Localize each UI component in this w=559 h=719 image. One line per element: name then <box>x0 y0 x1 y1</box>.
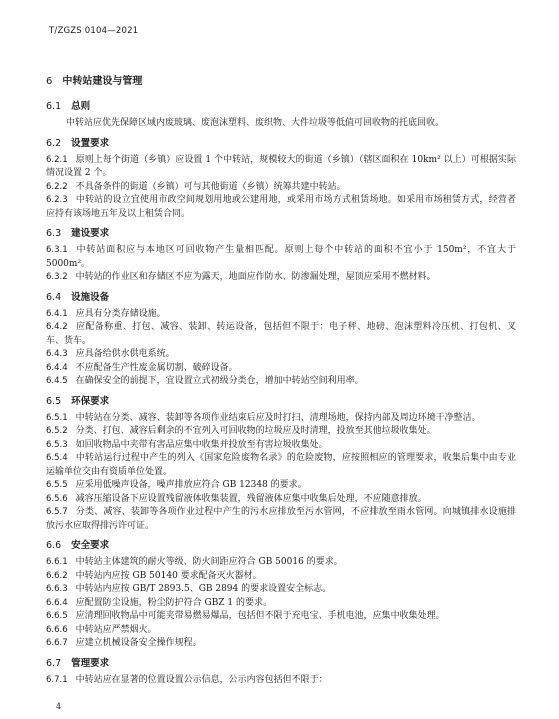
clause-text: 原则上每个街道（乡镇）应设置 1 个中转站，规模较大的街道（乡镇）（辖区面积在 … <box>46 155 516 179</box>
clause: 6.5.6减容压缩设备下应设置残留液体收集装置，残留液体应集中收集后处理，不应随… <box>46 493 516 507</box>
clause-text: 应配备称重、打包、减容、装卸、转运设备，包括但不限于：电子秤、地磅、泡沫塑料冷压… <box>46 322 516 346</box>
clause-number: 6.6.4 <box>46 597 68 611</box>
clause: 6.6.7应建立机械设备安全操作规程。 <box>46 637 516 651</box>
clause: 6.5.2分类、打包、减容后剩余的不宜列入可回收物的垃圾应及时清理，投放至其他垃… <box>46 425 516 439</box>
section-title: 环保要求 <box>71 396 109 407</box>
clause-number: 6.5.6 <box>46 493 68 507</box>
clause: 6.5.5应采用低噪声设备，噪声排放应符合 GB 12348 的要求。 <box>46 479 516 493</box>
clause: 6.2.2不具备条件的街道（乡镇）可与其他街道（乡镇）统筹共建中转站。 <box>46 181 516 195</box>
clause-number: 6.6.3 <box>46 583 68 597</box>
chapter-title: 中转站建设与管理 <box>62 76 142 87</box>
section-heading: 6.1总则 <box>46 100 516 114</box>
clause: 6.4.4不应配备生产性废金属切割、破碎设备。 <box>46 362 516 376</box>
clause: 6.6.1中转站主体建筑的耐火等级、防火间距应符合 GB 50016 的要求。 <box>46 556 516 570</box>
clause-number: 6.6.5 <box>46 610 68 624</box>
page-number: 4 <box>56 702 61 711</box>
clause-number: 6.2.2 <box>46 181 68 195</box>
section-number: 6.4 <box>46 291 61 305</box>
clause-text: 应清理回收物品中可能夹带易燃易爆品，包括但不限于充电宝、手机电池，应集中收集处理… <box>76 611 445 621</box>
section-heading: 6.6安全要求 <box>46 539 516 553</box>
clause-text: 中转站在分类、减容、装卸等各项作业结束后应及时打扫、清理场地，保持内部及周边环境… <box>76 413 481 423</box>
standard-code: T/ZGZS 0104—2021 <box>49 26 138 36</box>
clause-number: 6.7.1 <box>46 674 68 688</box>
clause-text: 应配置防尘设施，粉尘防护符合 GBZ 1 的要求。 <box>76 598 272 608</box>
clause-text: 中转站应在显著的位置设置公示信息，公示内容包括但不限于： <box>76 675 328 685</box>
clause: 6.2.1原则上每个街道（乡镇）应设置 1 个中转站，规模较大的街道（乡镇）（辖… <box>46 154 516 181</box>
clause-number: 6.2.3 <box>46 194 68 208</box>
clause-number: 6.4.2 <box>46 321 68 335</box>
clause-text: 分类、减容、装卸等各项作业过程中产生的污水应排放至污水管网，不应排放至雨水管网。… <box>46 507 516 531</box>
clause-number: 6.6.7 <box>46 637 68 651</box>
section-title: 设施设备 <box>71 292 109 303</box>
clause: 6.5.1中转站在分类、减容、装卸等各项作业结束后应及时打扫、清理场地，保持内部… <box>46 412 516 426</box>
section-title: 总则 <box>71 101 90 112</box>
clause-number: 6.5.3 <box>46 439 68 453</box>
chapter-number: 6 <box>46 75 52 89</box>
section-heading: 6.2设置要求 <box>46 137 516 151</box>
chapter-heading: 6中转站建设与管理 <box>46 75 516 89</box>
clause-number: 6.5.5 <box>46 479 68 493</box>
section-heading: 6.3建设要求 <box>46 227 516 241</box>
clause-number: 6.3.1 <box>46 244 68 258</box>
section-number: 6.6 <box>46 539 61 553</box>
clause: 6.5.3如回收物品中夹带有害品应集中收集并投放至有害垃圾收集处。 <box>46 439 516 453</box>
clause: 6.7.1中转站应在显著的位置设置公示信息，公示内容包括但不限于： <box>46 674 516 688</box>
clause-text: 中转站的设立宜使用市政空间规划用地或公建用地，或采用市场方式租赁场地。如采用市场… <box>46 195 516 219</box>
clause-text: 应建立机械设备安全操作规程。 <box>76 638 202 648</box>
clause-text: 中转站主体建筑的耐火等级、防火间距应符合 GB 50016 的要求。 <box>76 557 343 567</box>
clause-text: 如回收物品中夹带有害品应集中收集并投放至有害垃圾收集处。 <box>76 440 328 450</box>
clause-number: 6.4.5 <box>46 375 68 389</box>
clause: 6.6.4应配置防尘设施，粉尘防护符合 GBZ 1 的要求。 <box>46 597 516 611</box>
section-title: 安全要求 <box>71 540 109 551</box>
clause-text: 中转站应严禁烟火。 <box>76 625 157 635</box>
clause: 6.6.6中转站应严禁烟火。 <box>46 624 516 638</box>
clause-text: 不具备条件的街道（乡镇）可与其他街道（乡镇）统筹共建中转站。 <box>76 182 346 192</box>
clause: 6.4.2应配备称重、打包、减容、装卸、转运设备，包括但不限于：电子秤、地磅、泡… <box>46 321 516 348</box>
section-heading: 6.5环保要求 <box>46 395 516 409</box>
clause: 6.4.5在确保安全的前提下，宜设置立式初级分类仓，增加中转站空间利用率。 <box>46 375 516 389</box>
clause: 6.6.3中转站内应按 GB/T 2893.5、GB 2894 的要求设置安全标… <box>46 583 516 597</box>
document-body: 6中转站建设与管理 6.1总则 中转站应优先保障区域内废玻璃、废泡沫塑料、废织物… <box>46 75 516 687</box>
clause-number: 6.2.1 <box>46 154 68 168</box>
section-number: 6.5 <box>46 395 61 409</box>
section-heading: 6.4设施设备 <box>46 291 516 305</box>
clause: 6.3.1中转站面积应与本地区可回收物产生量相匹配。原则上每个中转站的面积不宜小… <box>46 244 516 271</box>
clause-number: 6.4.1 <box>46 308 68 322</box>
section-number: 6.3 <box>46 227 61 241</box>
paragraph-text: 中转站应优先保障区域内废玻璃、废泡沫塑料、废织物、大件垃圾等低值可回收物的托底回… <box>66 118 444 128</box>
clause: 6.5.7分类、减容、装卸等各项作业过程中产生的污水应排放至污水管网，不应排放至… <box>46 506 516 533</box>
clause: 6.6.5应清理回收物品中可能夹带易燃易爆品，包括但不限于充电宝、手机电池，应集… <box>46 610 516 624</box>
clause: 6.4.3应具备给供水供电系统。 <box>46 348 516 362</box>
clause-text: 中转站运行过程中产生的列入《国家危险废物名录》的危险废物，应按照相应的管理要求，… <box>46 453 516 477</box>
clause-text: 减容压缩设备下应设置残留液体收集装置，残留液体应集中收集后处理，不应随意排放。 <box>76 494 427 504</box>
clause-number: 6.6.6 <box>46 624 68 638</box>
clause-number: 6.5.1 <box>46 412 68 426</box>
clause-text: 中转站面积应与本地区可回收物产生量相匹配。原则上每个中转站的面积不宜小于 150… <box>46 245 516 269</box>
clause-text: 中转站内应按 GB/T 2893.5、GB 2894 的要求设置安全标志。 <box>76 584 331 594</box>
clause-number: 6.5.4 <box>46 452 68 466</box>
clause: 6.6.2中转站内应按 GB 50140 要求配备灭火器材。 <box>46 570 516 584</box>
clause-number: 6.5.2 <box>46 425 68 439</box>
clause-text: 在确保安全的前提下，宜设置立式初级分类仓，增加中转站空间利用率。 <box>76 376 364 386</box>
clause-text: 中转站的作业区和存储区不应为露天，地面应作防水、防渗漏处理，屋顶应采用不燃材料。 <box>76 272 436 282</box>
clause-text: 应采用低噪声设备，噪声排放应符合 GB 12348 的要求。 <box>76 480 307 490</box>
clause-number: 6.6.1 <box>46 556 68 570</box>
clause: 6.4.1应具有分类存储设施。 <box>46 308 516 322</box>
clause-text: 不应配备生产性废金属切割、破碎设备。 <box>76 363 238 373</box>
section-title: 管理要求 <box>71 658 109 669</box>
clause-text: 中转站内应按 GB 50140 要求配备灭火器材。 <box>76 571 262 581</box>
section-number: 6.2 <box>46 137 61 151</box>
clause-number: 6.5.7 <box>46 506 68 520</box>
section-number: 6.7 <box>46 657 61 671</box>
clause: 6.5.4中转站运行过程中产生的列入《国家危险废物名录》的危险废物，应按照相应的… <box>46 452 516 479</box>
clause-number: 6.6.2 <box>46 570 68 584</box>
clause-number: 6.3.2 <box>46 271 68 285</box>
clause: 6.3.2中转站的作业区和存储区不应为露天，地面应作防水、防渗漏处理，屋顶应采用… <box>46 271 516 285</box>
clause-text: 应具有分类存储设施。 <box>76 309 166 319</box>
clause: 6.2.3中转站的设立宜使用市政空间规划用地或公建用地，或采用市场方式租赁场地。… <box>46 194 516 221</box>
clause-number: 6.4.4 <box>46 362 68 376</box>
paragraph: 中转站应优先保障区域内废玻璃、废泡沫塑料、废织物、大件垃圾等低值可回收物的托底回… <box>46 117 516 131</box>
clause-text: 分类、打包、减容后剩余的不宜列入可回收物的垃圾应及时清理，投放至其他垃圾收集处。 <box>76 426 436 436</box>
section-heading: 6.7管理要求 <box>46 657 516 671</box>
clause-number: 6.4.3 <box>46 348 68 362</box>
clause-text: 应具备给供水供电系统。 <box>76 349 175 359</box>
section-title: 建设要求 <box>71 228 109 239</box>
section-title: 设置要求 <box>71 138 109 149</box>
section-number: 6.1 <box>46 100 61 114</box>
document-page: T/ZGZS 0104—2021 6中转站建设与管理 6.1总则 中转站应优先保… <box>0 0 559 719</box>
